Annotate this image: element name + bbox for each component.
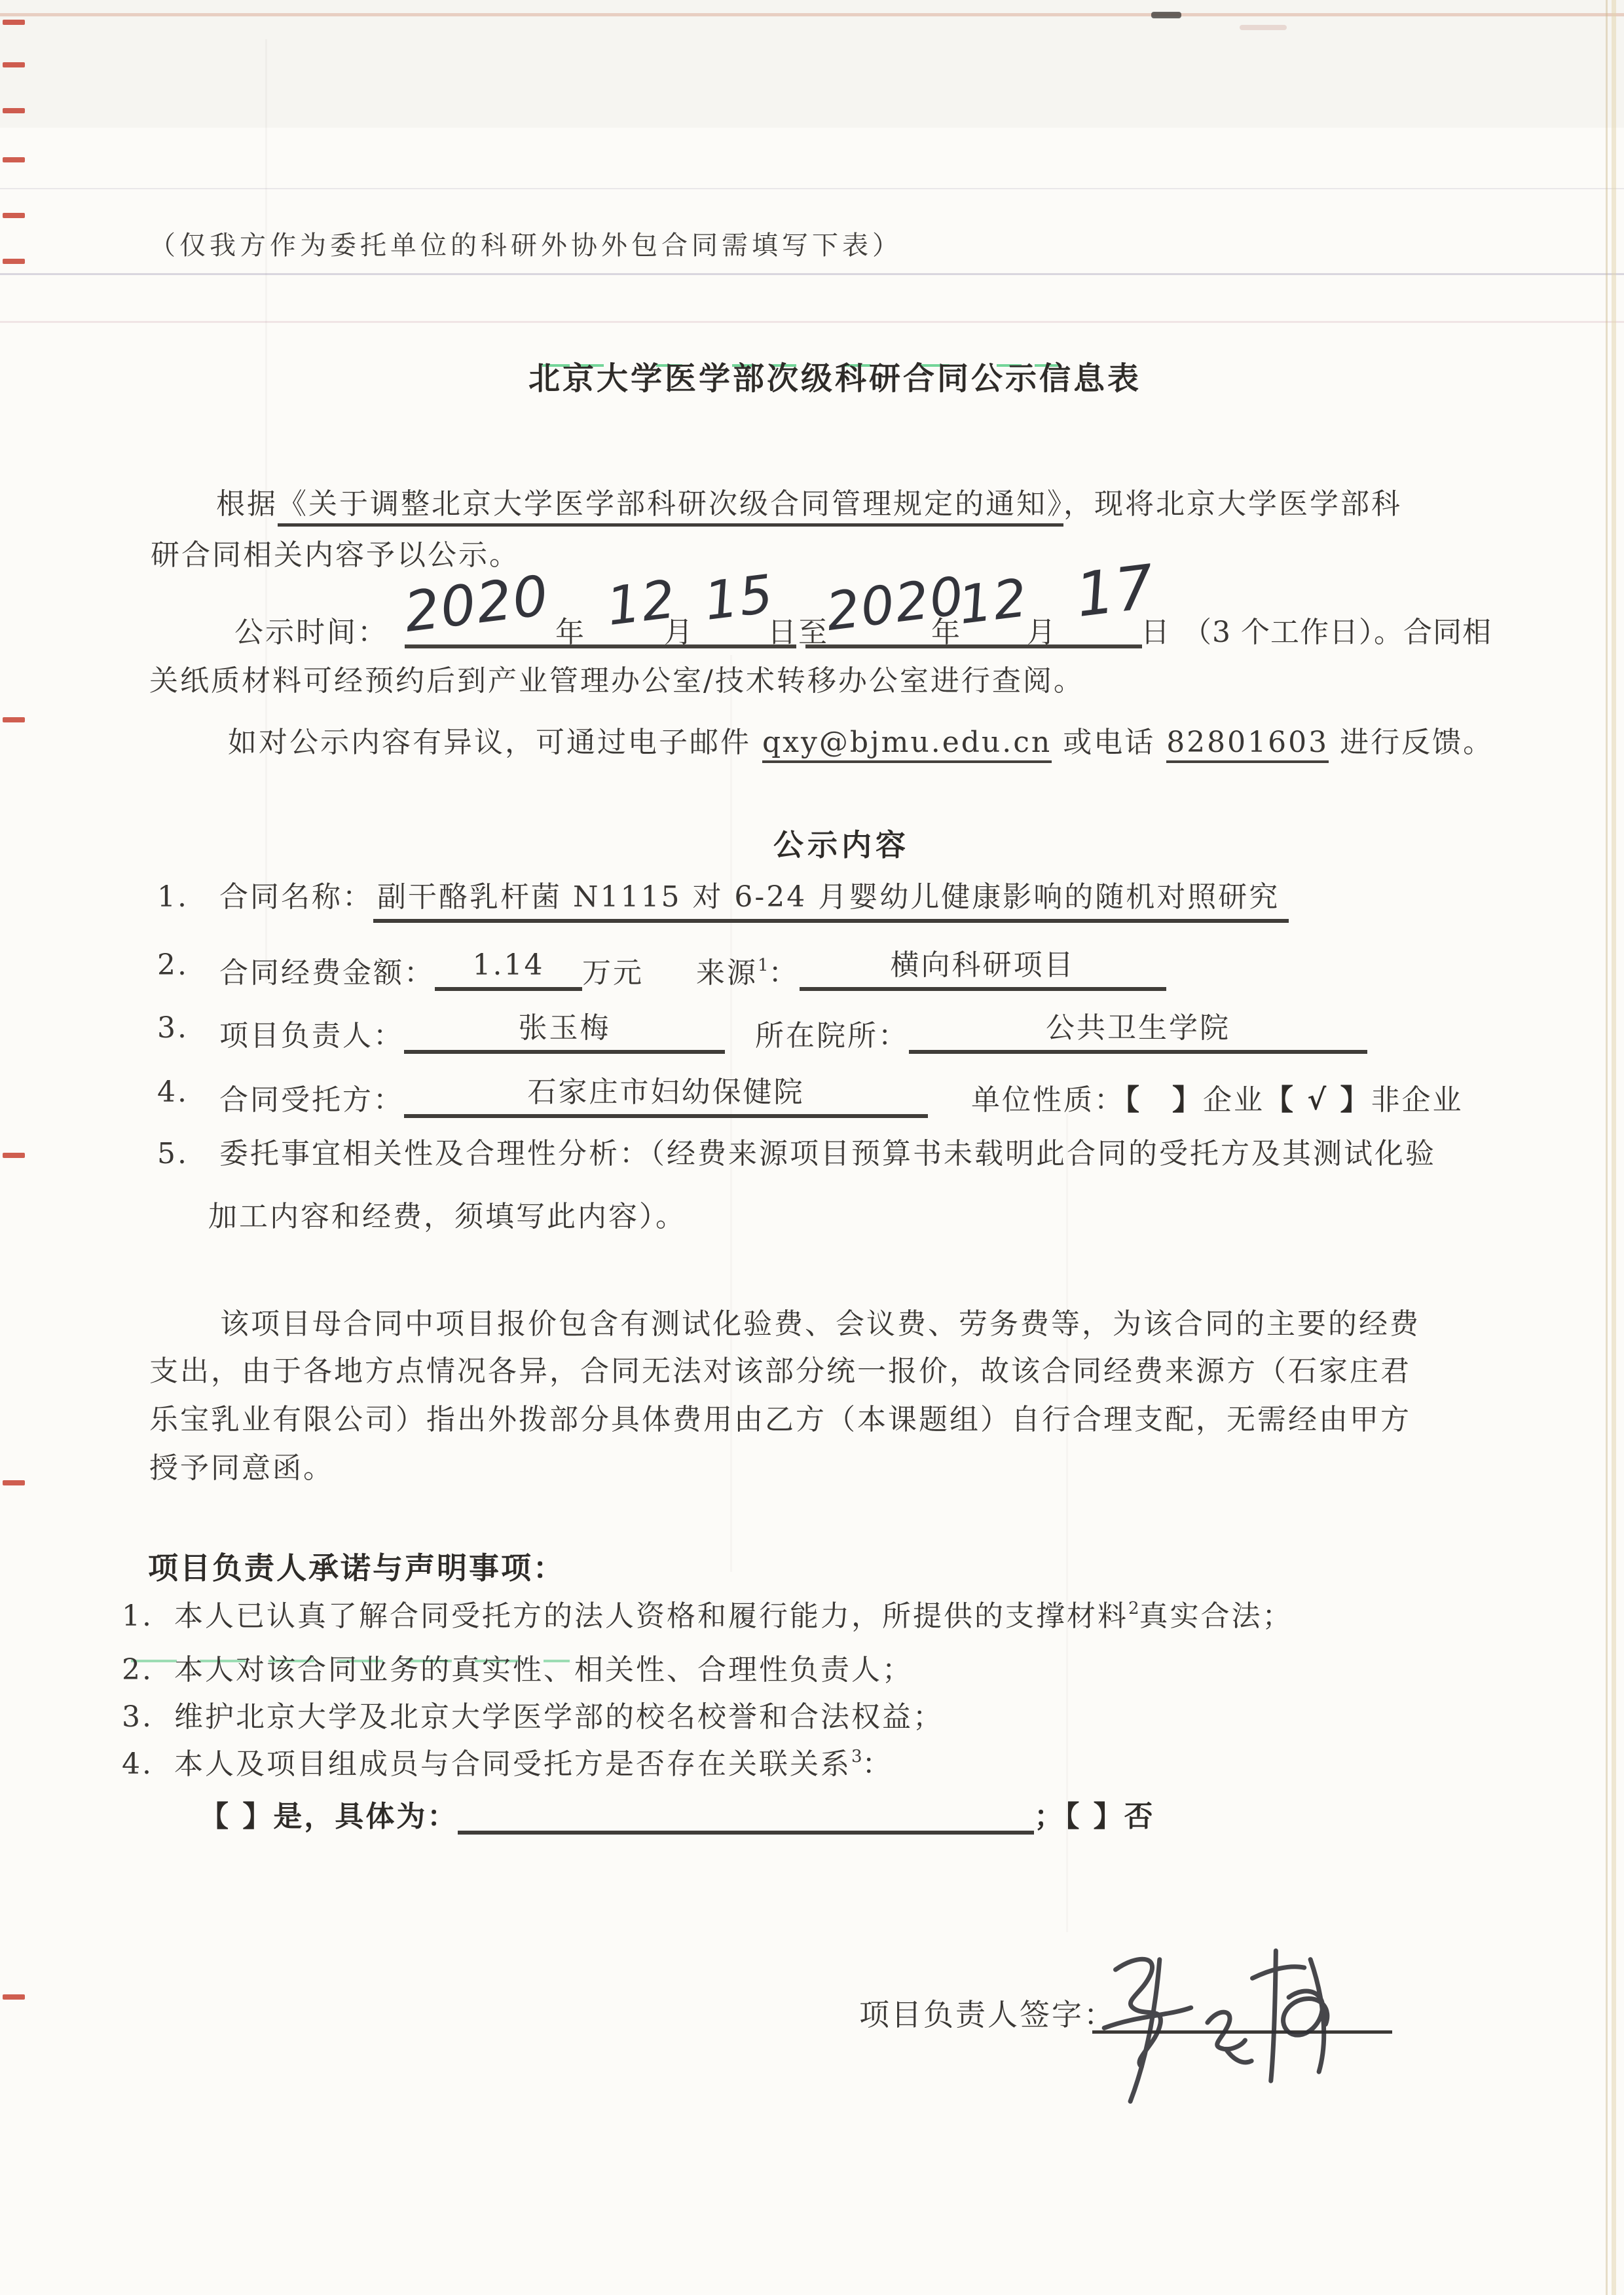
red-edge-mark bbox=[3, 1480, 25, 1485]
scan-band-top bbox=[0, 0, 1624, 128]
item-2-source-label: 来源 bbox=[696, 956, 758, 990]
commitment-1: 本人已认真了解合同受托方的法人资格和履行能力，所提供的支撑材料2真实合法； bbox=[174, 1598, 1293, 1634]
period-tail: （3 个工作日）。合同相 bbox=[1183, 614, 1492, 650]
scan-edge-right-2 bbox=[1612, 0, 1616, 2295]
item-5-no: 5. bbox=[157, 1136, 189, 1172]
red-edge-mark bbox=[3, 1153, 25, 1158]
checkbox-enterprise-label: 企业 bbox=[1203, 1083, 1264, 1117]
feedback-email: qxy@bjmu.edu.cn bbox=[762, 726, 1052, 763]
item-3-no: 3. bbox=[157, 1010, 189, 1046]
section-heading-text: 公示内容 bbox=[773, 827, 910, 863]
item-4-label: 合同受托方： bbox=[219, 1083, 404, 1117]
section-heading: 公示内容 bbox=[29, 827, 1624, 865]
option-yes-detail-field bbox=[458, 1827, 1034, 1835]
footnote-3-marker: 3 bbox=[851, 1747, 862, 1766]
item-5-line-1: 委托事宜相关性及合理性分析：（经费来源项目预算书未载明此合同的受托方及其测试化验 bbox=[219, 1136, 1436, 1172]
feedback-phone: 82801603 bbox=[1166, 726, 1329, 763]
period-unit-year-1: 年 bbox=[555, 614, 586, 650]
scan-smudge-top bbox=[1240, 25, 1287, 30]
footnote-1-marker: 1 bbox=[758, 956, 769, 975]
handwritten-day-1: 15 bbox=[701, 563, 777, 632]
page-title-text: 北京大学医学部次级科研合同公示信息表 bbox=[528, 360, 1141, 397]
period-label-text: 公示时间： bbox=[234, 616, 388, 649]
red-edge-mark bbox=[3, 62, 25, 67]
period-unit-day-2: 日 bbox=[1141, 614, 1172, 650]
scan-line-2 bbox=[0, 273, 1624, 275]
scanned-document-page: （仅我方作为委托单位的科研外协外包合同需填写下表） 北京大学医学部次级科研合同公… bbox=[0, 0, 1624, 2295]
red-edge-mark bbox=[3, 213, 25, 218]
commitment-2: 本人对该合同业务的真实性、相关性、合理性负责人； bbox=[174, 1652, 913, 1688]
commitment-4-before: 本人及项目组成员与合同受托方是否存在关联关系 bbox=[174, 1747, 851, 1781]
period-line-2: 关纸质材料可经预约后到产业管理办公室/技术转移办公室进行查阅。 bbox=[149, 663, 1084, 699]
commitment-4: 本人及项目组成员与合同受托方是否存在关联关系3： bbox=[174, 1746, 893, 1782]
intro-line-2: 研合同相关内容予以公示。 bbox=[151, 537, 520, 573]
item-2-no: 2. bbox=[157, 947, 189, 983]
item-1-label: 合同名称： bbox=[219, 880, 373, 914]
intro-line-1: 根据《关于调整北京大学医学部科研次级合同管理规定的通知》，现将北京大学医学部科 bbox=[151, 486, 1402, 522]
intro-prefix: 根据 bbox=[216, 487, 278, 521]
commitment-heading: 项目负责人承诺与声明事项： bbox=[148, 1550, 565, 1588]
item-3-dept-field: 公共卫生学院 bbox=[909, 1010, 1367, 1054]
feedback-line: 如对公示内容有异议，可通过电子邮件 qxy@bjmu.edu.cn 或电话 82… bbox=[228, 724, 1494, 760]
feedback-suffix: 进行反馈。 bbox=[1329, 726, 1494, 759]
item-2-source-colon: ： bbox=[769, 956, 800, 990]
scan-dash-dark-top bbox=[1151, 12, 1181, 18]
item-2-source-field: 横向科研项目 bbox=[800, 947, 1166, 991]
commitment-1-before: 本人已认真了解合同受托方的法人资格和履行能力，所提供的支撑材料 bbox=[174, 1599, 1128, 1633]
period-label: 公示时间： bbox=[234, 614, 388, 650]
handwritten-year-1: 2020 bbox=[401, 563, 553, 644]
analysis-line-3: 乐宝乳业有限公司）指出外拨部分具体费用由乙方（本课题组）自行合理支配，无需经由甲… bbox=[149, 1402, 1411, 1438]
item-4-nature-label: 单位性质： bbox=[971, 1083, 1125, 1117]
period-unit-month-1: 月 bbox=[664, 614, 695, 650]
scan-streak-pink-top bbox=[0, 13, 1624, 16]
red-edge-mark bbox=[3, 157, 25, 162]
option-yes-checkbox: 【 】是，具体为： bbox=[200, 1800, 458, 1833]
option-no-checkbox: ；【 】否 bbox=[1034, 1800, 1154, 1833]
signature-scrawl bbox=[1075, 1930, 1392, 2116]
period-blank-line-2 bbox=[805, 644, 1142, 648]
handwritten-month-2: 12 bbox=[955, 567, 1031, 636]
red-edge-mark bbox=[3, 1994, 25, 2000]
page-title: 北京大学医学部次级科研合同公示信息表 bbox=[23, 359, 1624, 398]
period-unit-year-2: 年 bbox=[931, 614, 962, 650]
red-edge-mark bbox=[3, 108, 25, 113]
item-2-label: 合同经费金额： bbox=[219, 956, 435, 990]
item-4-no: 4. bbox=[157, 1074, 189, 1110]
analysis-line-1: 该项目母合同中项目报价包含有测试化验费、会议费、劳务费等，为该合同的主要的经费 bbox=[220, 1306, 1420, 1342]
checkbox-non-enterprise-label: 非企业 bbox=[1371, 1083, 1464, 1117]
commitment-1-after: 真实合法； bbox=[1139, 1599, 1293, 1633]
relation-option-line: 【 】是，具体为：；【 】否 bbox=[200, 1799, 1155, 1835]
checkbox-enterprise-unchecked: 【 】 bbox=[1125, 1083, 1203, 1117]
regulation-title: 《关于调整北京大学医学部科研次级合同管理规定的通知》 bbox=[278, 487, 1063, 527]
feedback-middle: 或电话 bbox=[1052, 726, 1166, 759]
period-unit-day-to: 日至 bbox=[767, 614, 829, 650]
item-4-trustee-field: 石家庄市妇幼保健院 bbox=[404, 1074, 928, 1118]
analysis-line-2: 支出，由于各地方点情况各异，合同无法对该部分统一报价，故该合同经费来源方（石家庄… bbox=[149, 1353, 1411, 1389]
scan-edge-right-1 bbox=[1606, 0, 1608, 2295]
scan-line-3 bbox=[0, 321, 1624, 323]
checkbox-non-enterprise-checked: 【 √ 】 bbox=[1264, 1083, 1371, 1117]
commitment-3: 维护北京大学及北京大学医学部的校名校誉和合法权益； bbox=[174, 1699, 944, 1735]
period-blank-line-1 bbox=[405, 644, 796, 648]
red-edge-mark bbox=[3, 259, 25, 264]
red-edge-mark bbox=[3, 717, 25, 722]
item-1-no: 1. bbox=[157, 879, 189, 915]
item-1-value: 副干酪乳杆菌 N1115 对 6-24 月婴幼儿健康影响的随机对照研究 bbox=[373, 880, 1289, 923]
period-unit-month-2: 月 bbox=[1027, 614, 1058, 650]
footnote-2-marker: 2 bbox=[1128, 1599, 1139, 1618]
item-3-dept-label: 所在院所： bbox=[755, 1019, 909, 1053]
item-4: 合同受托方：石家庄市妇幼保健院单位性质：【 】企业【 √ 】非企业 bbox=[219, 1074, 1464, 1118]
commitment-4-no: 4. bbox=[122, 1746, 153, 1782]
item-3-label: 项目负责人： bbox=[219, 1019, 404, 1053]
top-note: （仅我方作为委托单位的科研外协外包合同需填写下表） bbox=[149, 229, 902, 262]
commitment-2-no: 2. bbox=[122, 1652, 153, 1688]
intro-line2-text: 研合同相关内容予以公示。 bbox=[151, 538, 520, 572]
red-edge-mark bbox=[3, 20, 25, 25]
item-5-line-2: 加工内容和经费，须填写此内容）。 bbox=[208, 1199, 686, 1235]
top-note-text: （仅我方作为委托单位的科研外协外包合同需填写下表） bbox=[149, 231, 902, 261]
item-2-amount-field: 1.14 bbox=[435, 947, 582, 991]
item-2-unit: 万元 bbox=[582, 956, 644, 990]
intro-suffix: ，现将北京大学医学部科 bbox=[1063, 487, 1402, 521]
analysis-line-4: 授予同意函。 bbox=[149, 1450, 334, 1486]
scan-line-1 bbox=[0, 188, 1624, 189]
commitment-1-no: 1. bbox=[122, 1598, 153, 1634]
item-3: 项目负责人：张玉梅所在院所：公共卫生学院 bbox=[219, 1010, 1367, 1054]
item-1: 合同名称：副干酪乳杆菌 N1115 对 6-24 月婴幼儿健康影响的随机对照研究 bbox=[219, 879, 1289, 915]
commitment-4-after: ： bbox=[862, 1747, 893, 1781]
commitment-3-no: 3. bbox=[122, 1699, 153, 1735]
feedback-prefix: 如对公示内容有异议，可通过电子邮件 bbox=[228, 726, 762, 759]
item-2: 合同经费金额：1.14万元来源1：横向科研项目 bbox=[219, 947, 1166, 991]
item-3-pi-field: 张玉梅 bbox=[404, 1010, 725, 1054]
